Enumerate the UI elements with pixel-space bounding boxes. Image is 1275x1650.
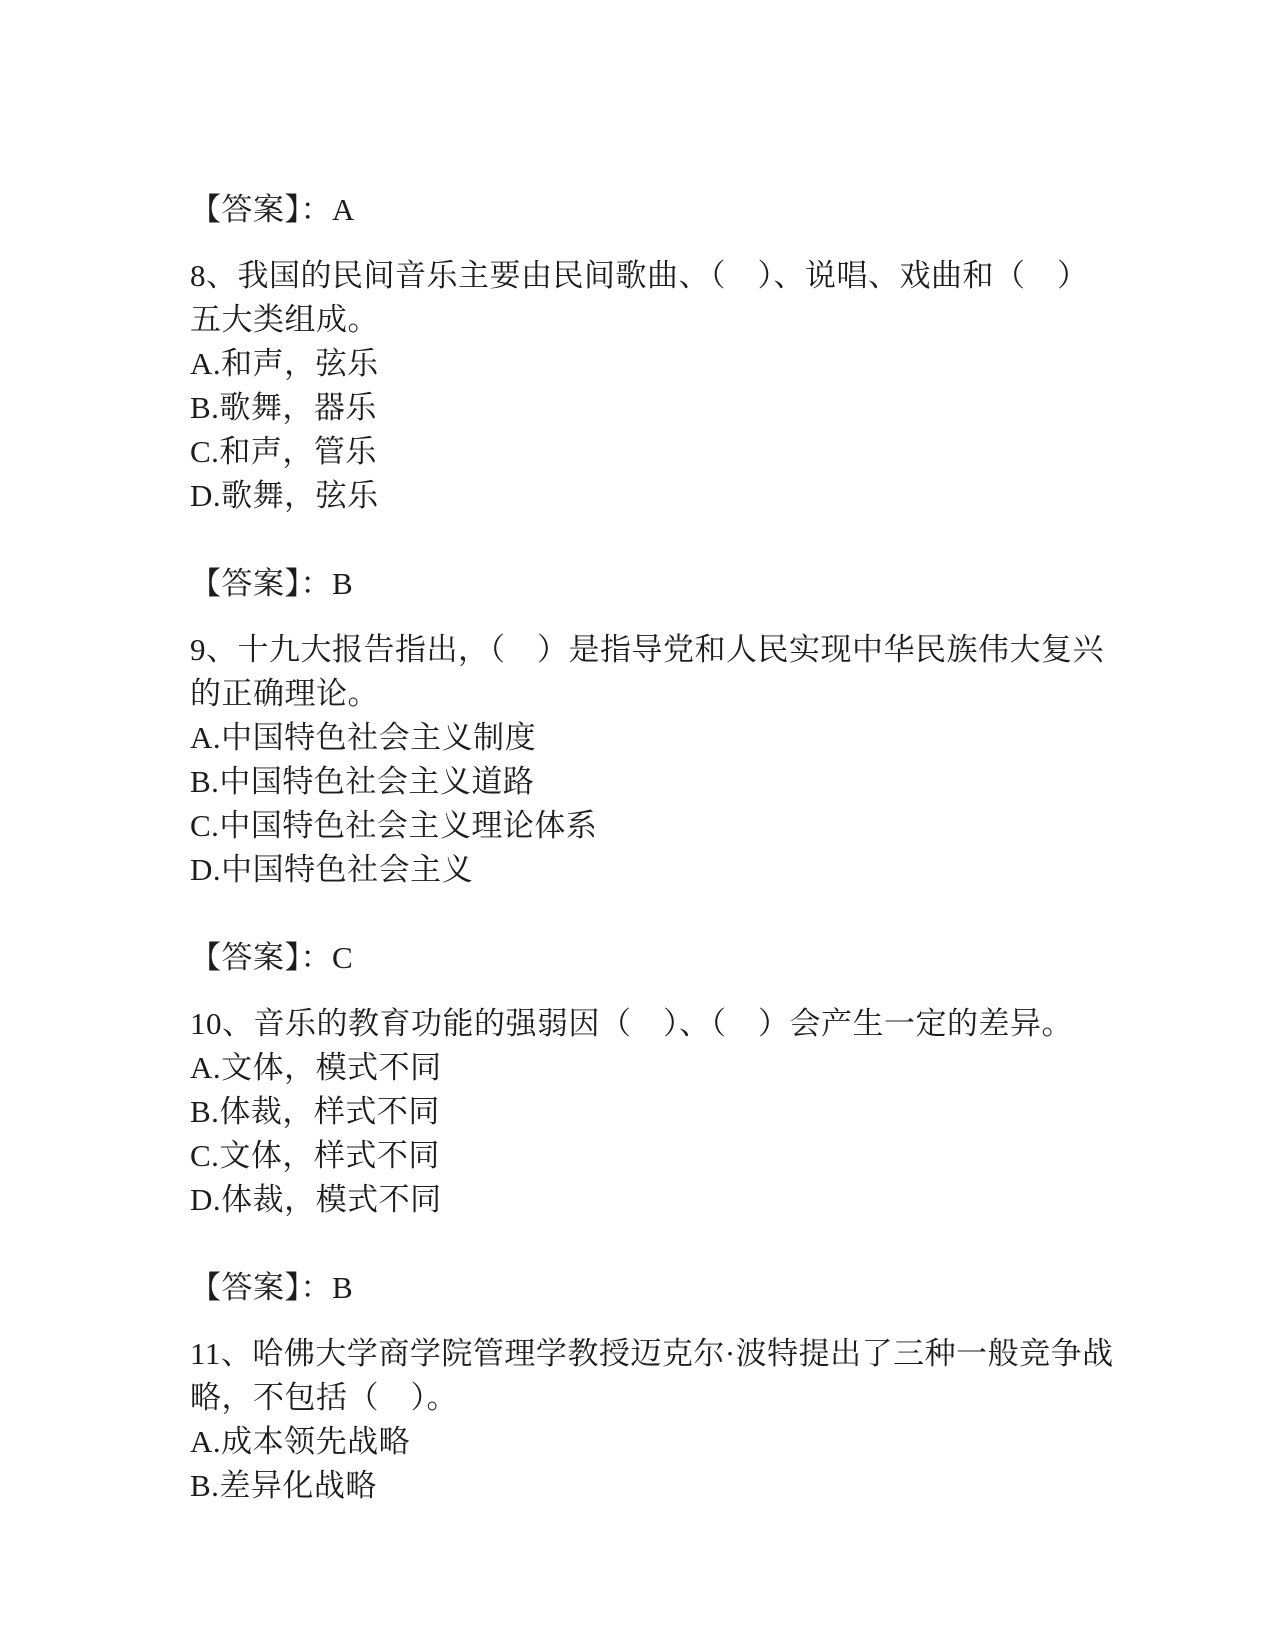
question-11: 11、哈佛大学商学院管理学教授迈克尔·波特提出了三种一般竞争战 略，不包括（ ）…	[190, 1332, 1130, 1508]
document-content: 【答案】：A 8、我国的民间音乐主要由民间歌曲、（ ）、说唱、戏曲和（ ） 五大…	[190, 188, 1130, 1508]
question-8-option-a: A.和声，弦乐	[190, 342, 1130, 386]
question-8: 8、我国的民间音乐主要由民间歌曲、（ ）、说唱、戏曲和（ ） 五大类组成。 A.…	[190, 254, 1130, 606]
question-10: 10、音乐的教育功能的强弱因（ ）、（ ）会产生一定的差异。 A.文体，模式不同…	[190, 1002, 1130, 1310]
question-10-stem-line-1: 10、音乐的教育功能的强弱因（ ）、（ ）会产生一定的差异。	[190, 1002, 1130, 1046]
question-8-stem-line-2: 五大类组成。	[190, 298, 1130, 342]
question-10-option-a: A.文体，模式不同	[190, 1046, 1130, 1090]
question-8-option-c: C.和声，管乐	[190, 430, 1130, 474]
question-9-option-b: B.中国特色社会主义道路	[190, 760, 1130, 804]
question-8-option-d: D.歌舞，弦乐	[190, 474, 1130, 518]
question-9-option-d: D.中国特色社会主义	[190, 848, 1130, 892]
question-10-option-d: D.体裁，模式不同	[190, 1178, 1130, 1222]
question-11-stem-line-1: 11、哈佛大学商学院管理学教授迈克尔·波特提出了三种一般竞争战	[190, 1332, 1130, 1376]
question-9-option-a: A.中国特色社会主义制度	[190, 716, 1130, 760]
answer-line-q7: 【答案】：A	[190, 188, 1130, 232]
question-9: 9、十九大报告指出，（ ）是指导党和人民实现中华民族伟大复兴 的正确理论。 A.…	[190, 628, 1130, 980]
question-9-option-c: C.中国特色社会主义理论体系	[190, 804, 1130, 848]
question-10-option-c: C.文体，样式不同	[190, 1134, 1130, 1178]
question-9-stem-line-1: 9、十九大报告指出，（ ）是指导党和人民实现中华民族伟大复兴	[190, 628, 1130, 672]
answer-line-q8: 【答案】：B	[190, 562, 1130, 606]
question-9-stem-line-2: 的正确理论。	[190, 672, 1130, 716]
answer-line-q9: 【答案】：C	[190, 936, 1130, 980]
question-10-option-b: B.体裁，样式不同	[190, 1090, 1130, 1134]
question-8-stem-line-1: 8、我国的民间音乐主要由民间歌曲、（ ）、说唱、戏曲和（ ）	[190, 254, 1130, 298]
question-8-option-b: B.歌舞，器乐	[190, 386, 1130, 430]
exam-document-page: 【答案】：A 8、我国的民间音乐主要由民间歌曲、（ ）、说唱、戏曲和（ ） 五大…	[0, 0, 1275, 1650]
question-11-option-b: B.差异化战略	[190, 1464, 1130, 1508]
answer-line-q10: 【答案】：B	[190, 1266, 1130, 1310]
question-11-option-a: A.成本领先战略	[190, 1420, 1130, 1464]
question-11-stem-line-2: 略，不包括（ ）。	[190, 1376, 1130, 1420]
